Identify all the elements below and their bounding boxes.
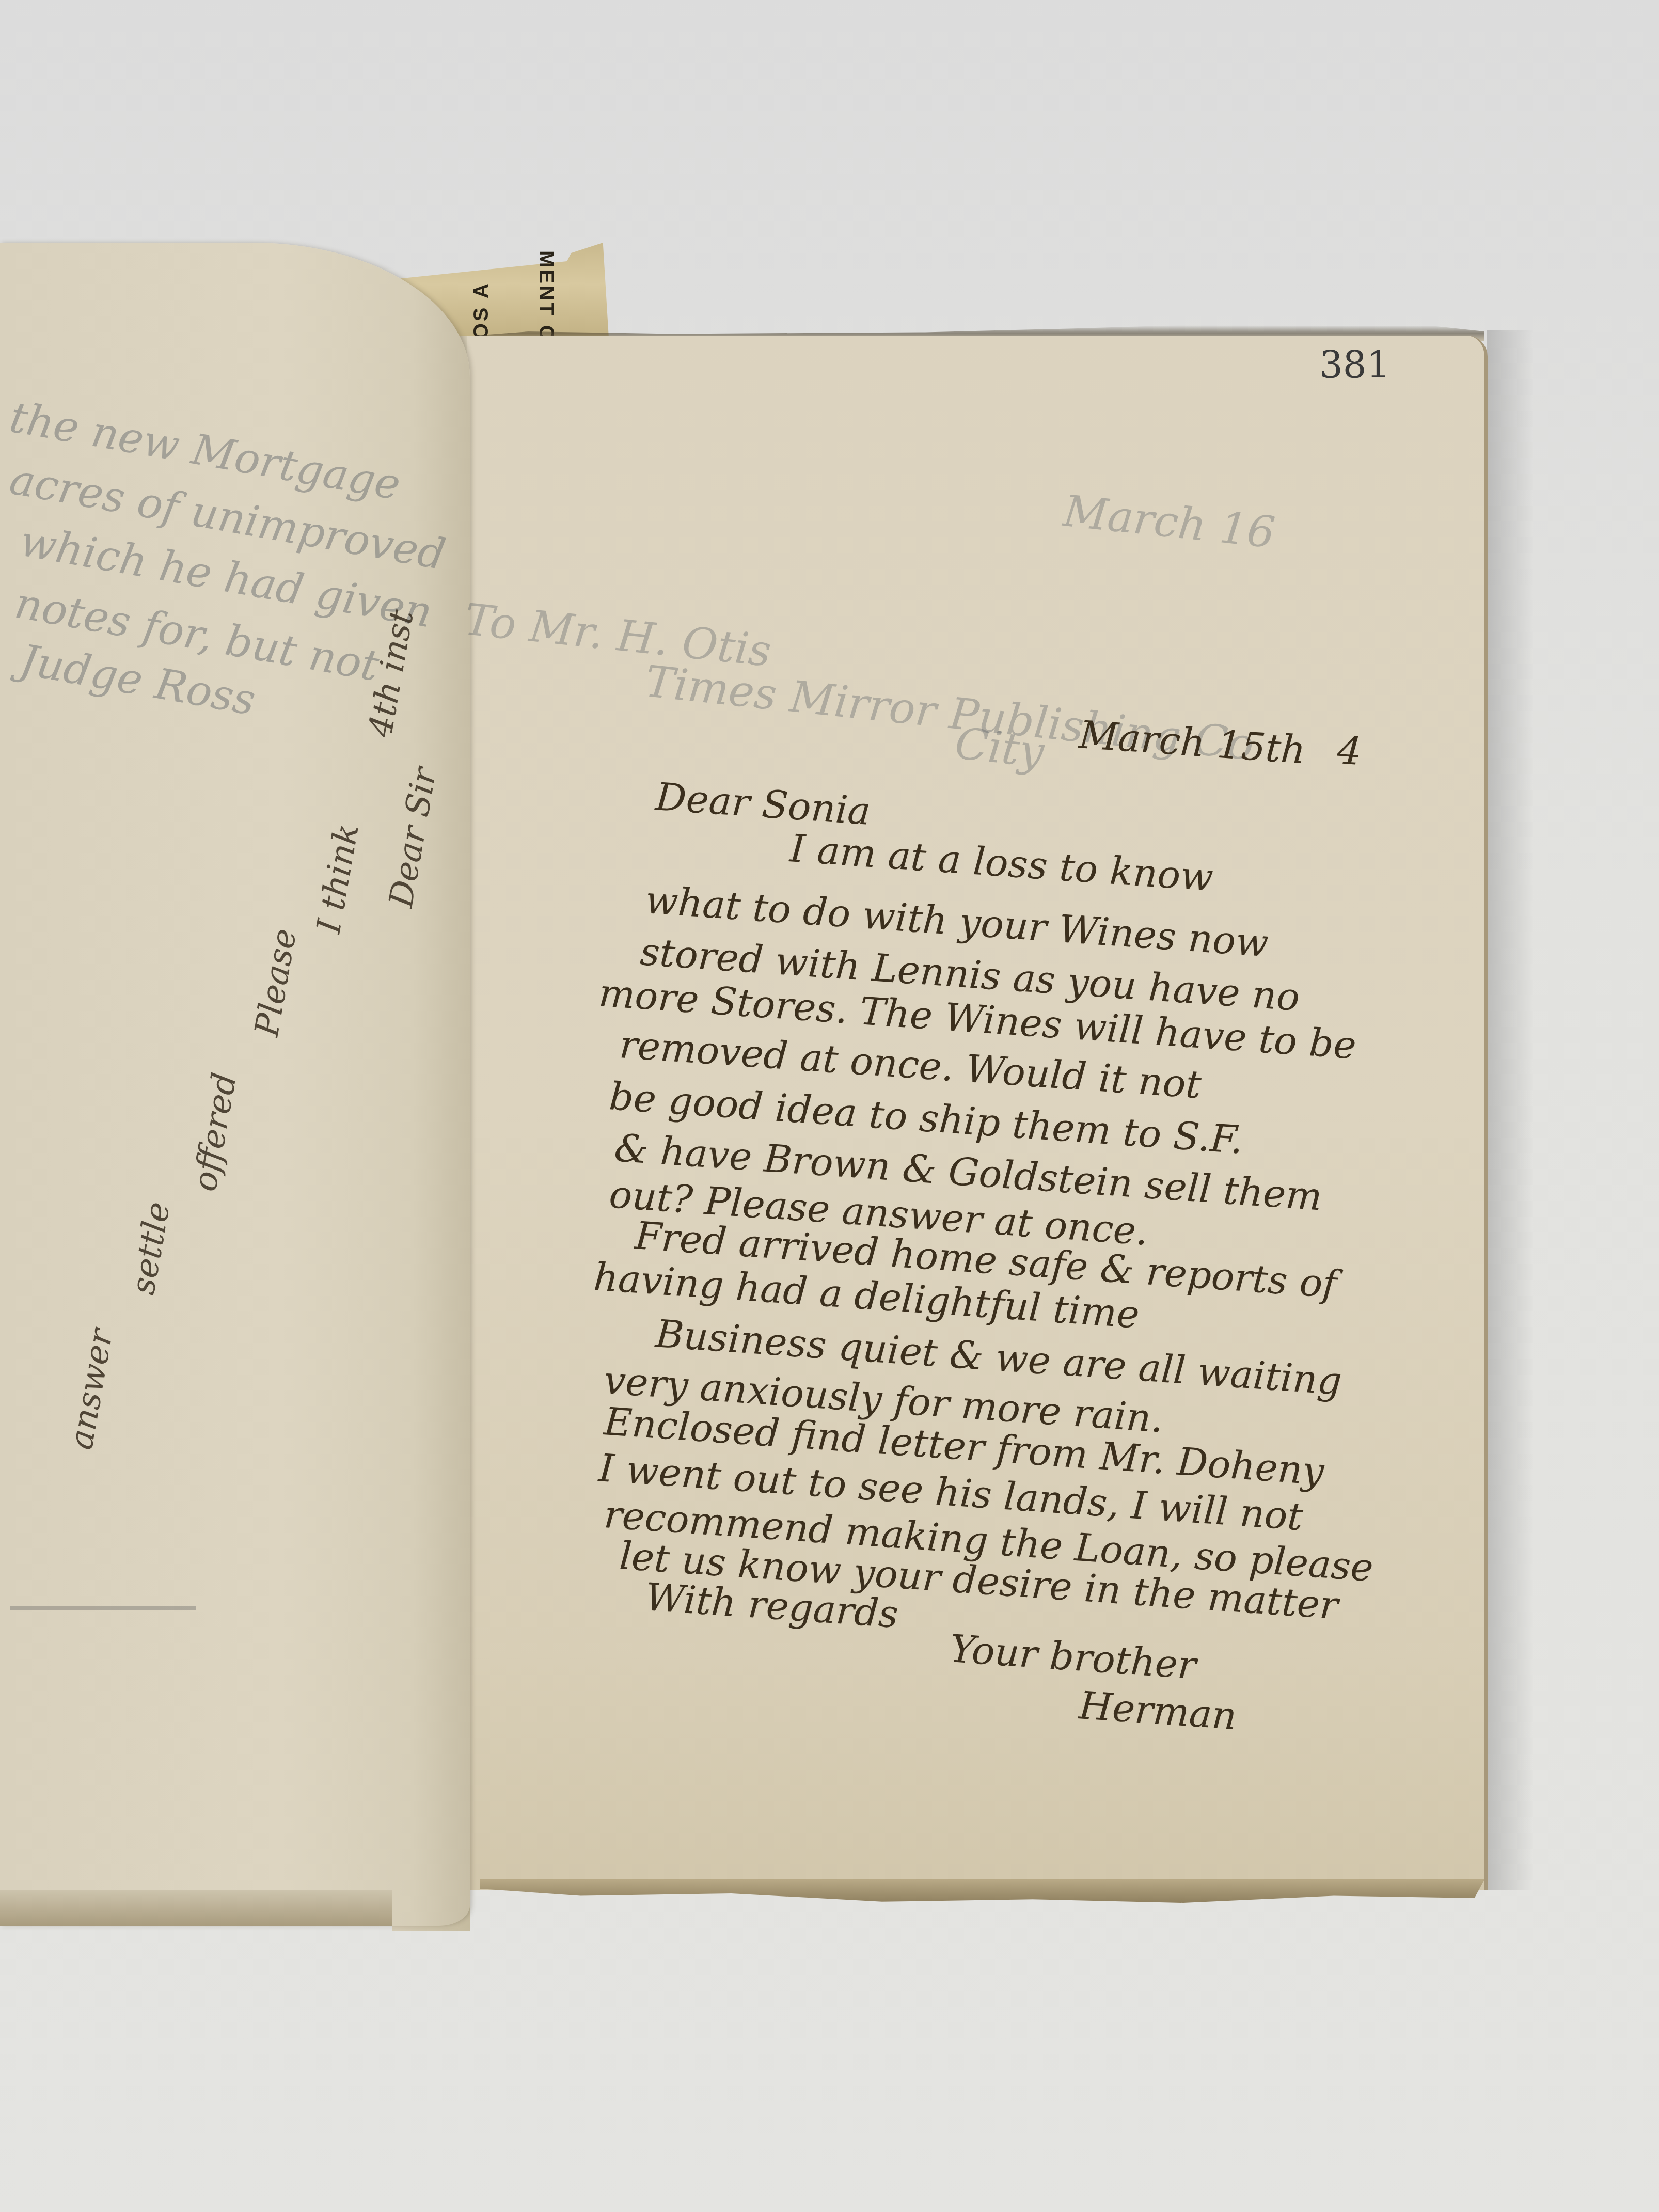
- letter-date-suffix: 4: [1336, 728, 1363, 774]
- page-number: 381: [1319, 343, 1390, 387]
- ghost-city: City: [953, 718, 1047, 777]
- left-page-underside: [0, 1890, 392, 1926]
- left-ghost-rule: [10, 1606, 196, 1610]
- page-shadow: [1487, 330, 1534, 1890]
- right-page-bottom-edge: [480, 1879, 1484, 1903]
